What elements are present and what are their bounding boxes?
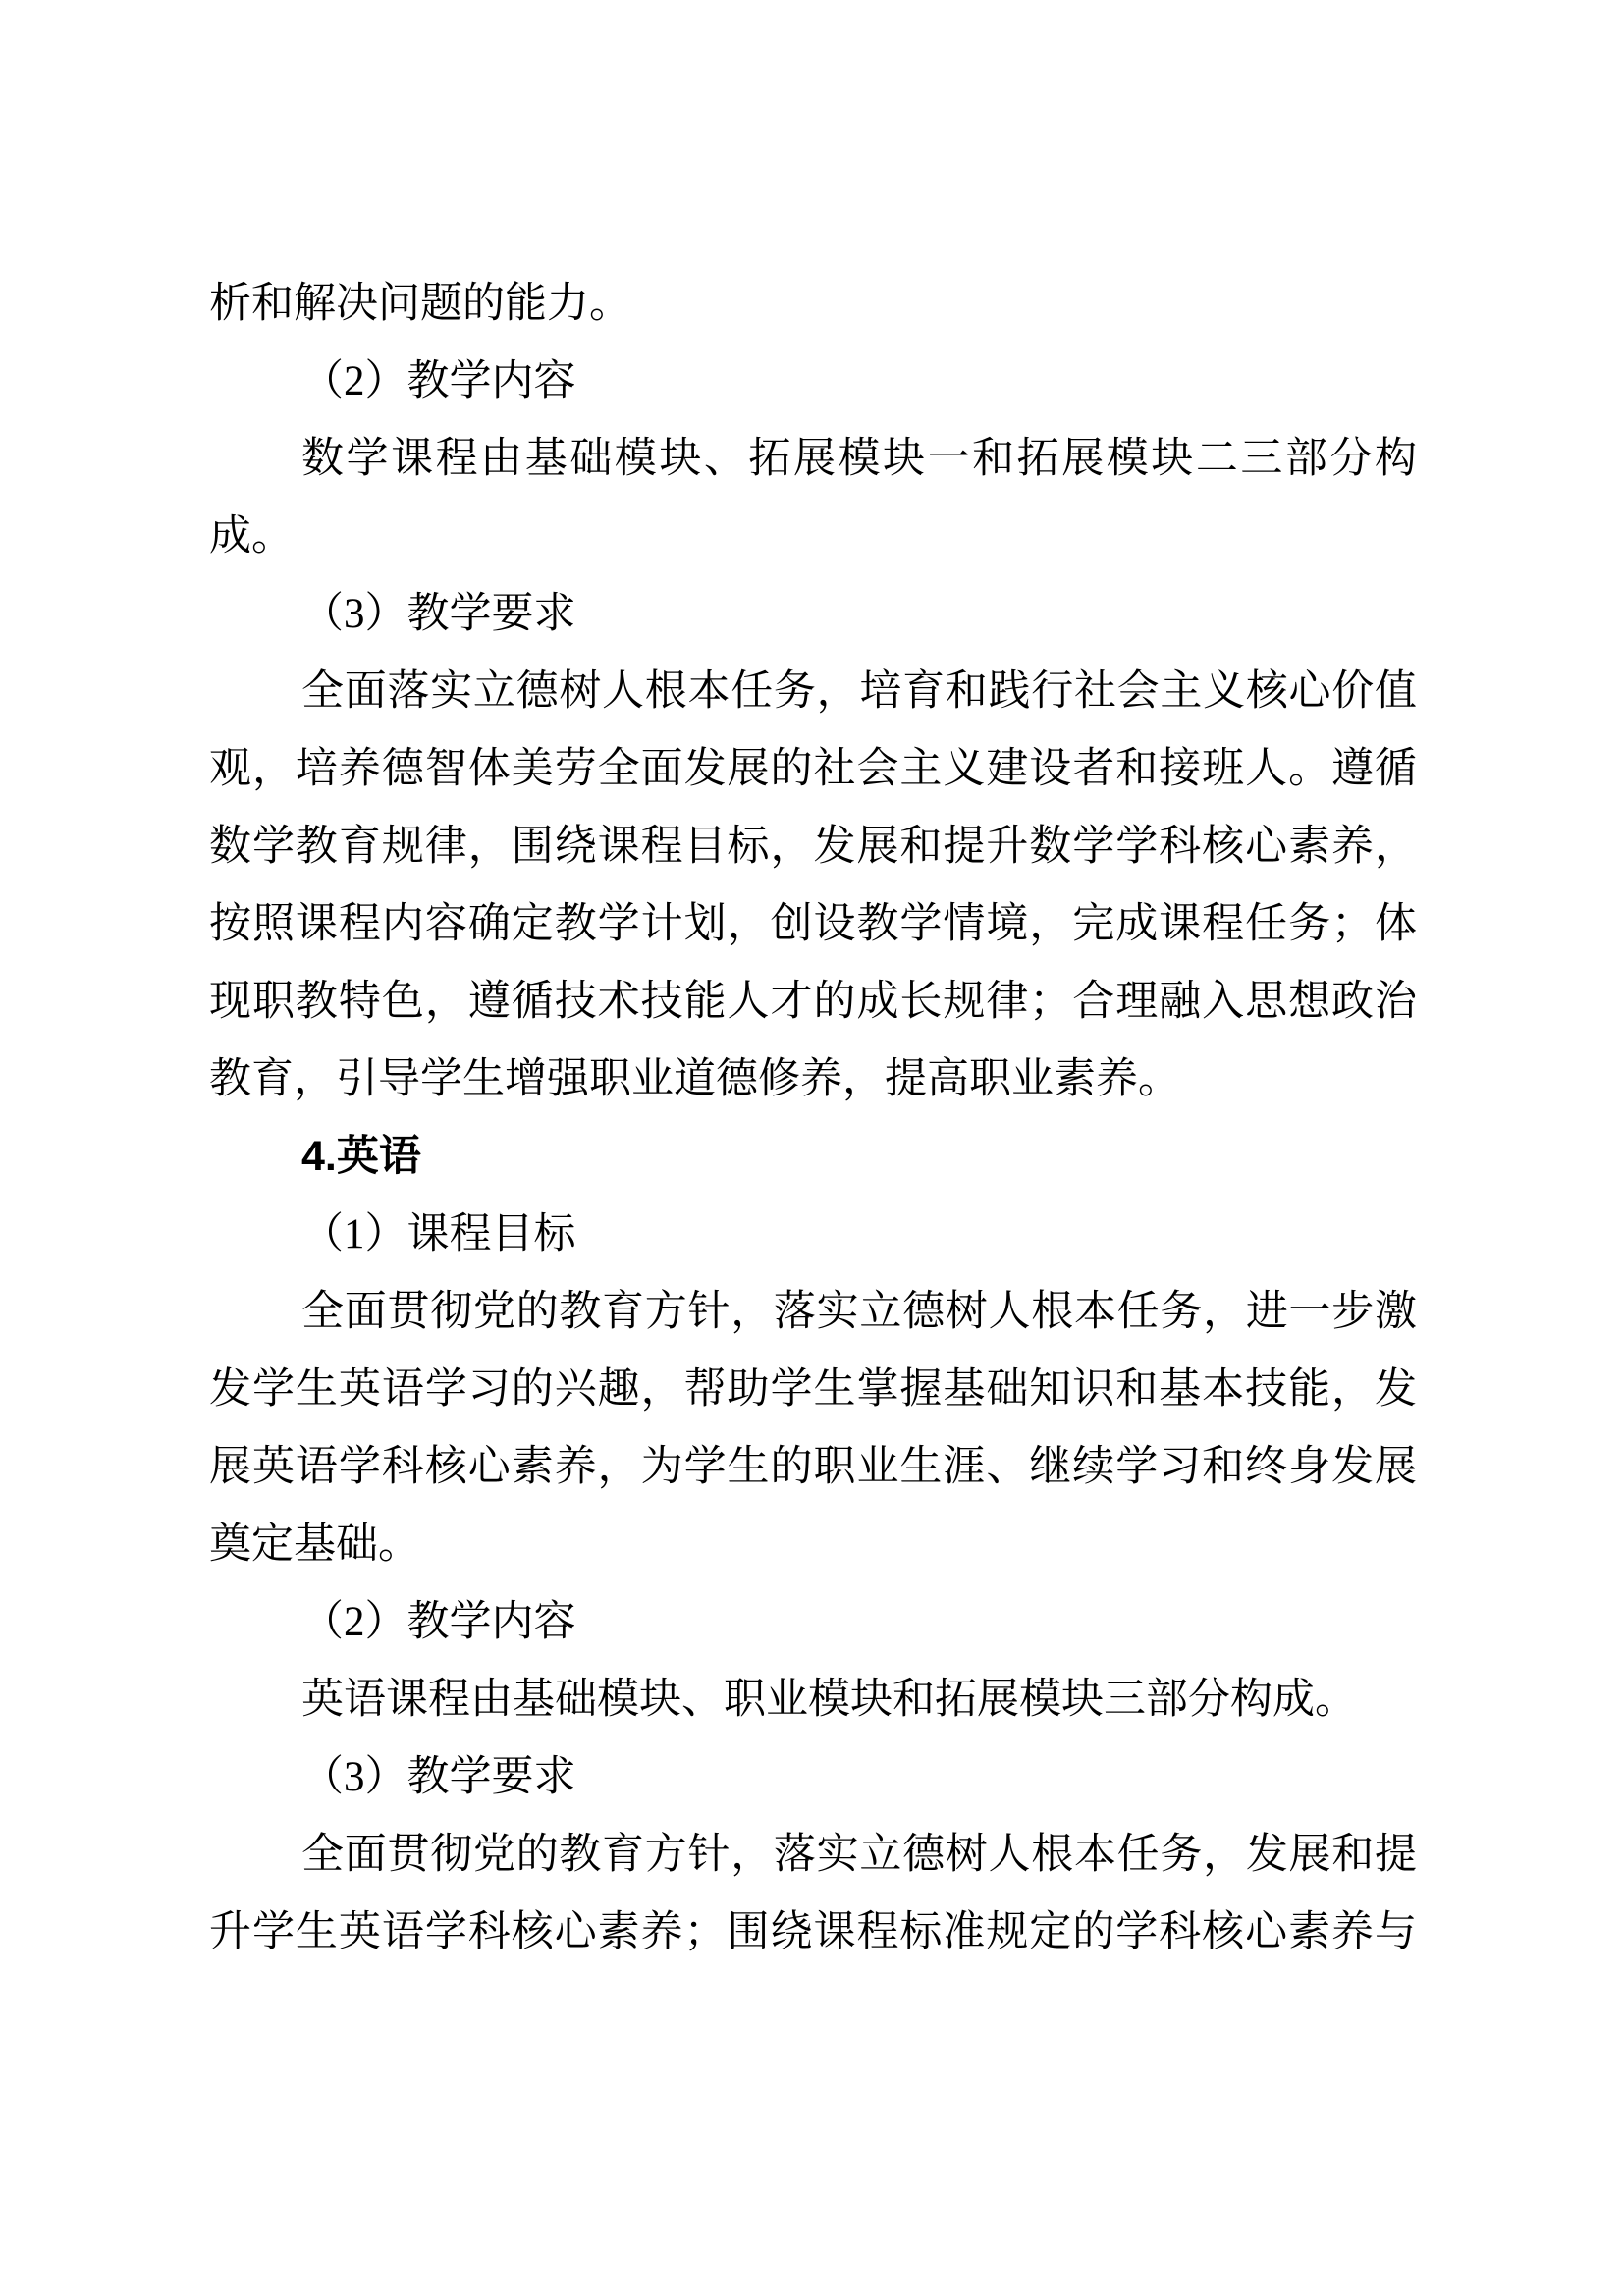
text-line: （2）教学内容 <box>209 343 1417 420</box>
text-line: 观，培养德智体美劳全面发展的社会主义建设者和接班人。遵循 <box>209 730 1417 808</box>
text-line: 数学教育规律，围绕课程目标，发展和提升数学学科核心素养， <box>209 808 1417 885</box>
text-line: 析和解决问题的能力。 <box>209 265 1417 343</box>
text-line: 全面贯彻党的教育方针，落实立德树人根本任务，进一步激 <box>209 1273 1417 1351</box>
text-line: 英语课程由基础模块、职业模块和拓展模块三部分构成。 <box>209 1661 1417 1738</box>
text-line: 发学生英语学习的兴趣，帮助学生掌握基础知识和基本技能，发 <box>209 1351 1417 1428</box>
text-line: （1）课程目标 <box>209 1196 1417 1273</box>
text-line: 数学课程由基础模块、拓展模块一和拓展模块二三部分构 <box>209 420 1417 498</box>
text-line: 全面贯彻党的教育方针，落实立德树人根本任务，发展和提 <box>209 1816 1417 1894</box>
text-line: 展英语学科核心素养，为学生的职业生涯、继续学习和终身发展 <box>209 1428 1417 1506</box>
text-line: 成。 <box>209 498 1417 575</box>
section-heading: 4.英语 <box>209 1118 1417 1196</box>
text-line: 升学生英语学科核心素养；围绕课程标准规定的学科核心素养与 <box>209 1894 1417 1971</box>
text-line: 现职教特色，遵循技术技能人才的成长规律；合理融入思想政治 <box>209 963 1417 1041</box>
text-line: 奠定基础。 <box>209 1506 1417 1583</box>
text-line: 全面落实立德树人根本任务，培育和践行社会主义核心价值 <box>209 653 1417 730</box>
document-page: 析和解决问题的能力。（2）教学内容数学课程由基础模块、拓展模块一和拓展模块二三部… <box>0 0 1624 2296</box>
text-line: （2）教学内容 <box>209 1583 1417 1661</box>
text-line: （3）教学要求 <box>209 575 1417 653</box>
text-line: （3）教学要求 <box>209 1738 1417 1816</box>
text-line: 按照课程内容确定教学计划，创设教学情境，完成课程任务；体 <box>209 885 1417 963</box>
text-line: 教育，引导学生增强职业道德修养，提高职业素养。 <box>209 1041 1417 1118</box>
document-body: 析和解决问题的能力。（2）教学内容数学课程由基础模块、拓展模块一和拓展模块二三部… <box>209 265 1417 1971</box>
